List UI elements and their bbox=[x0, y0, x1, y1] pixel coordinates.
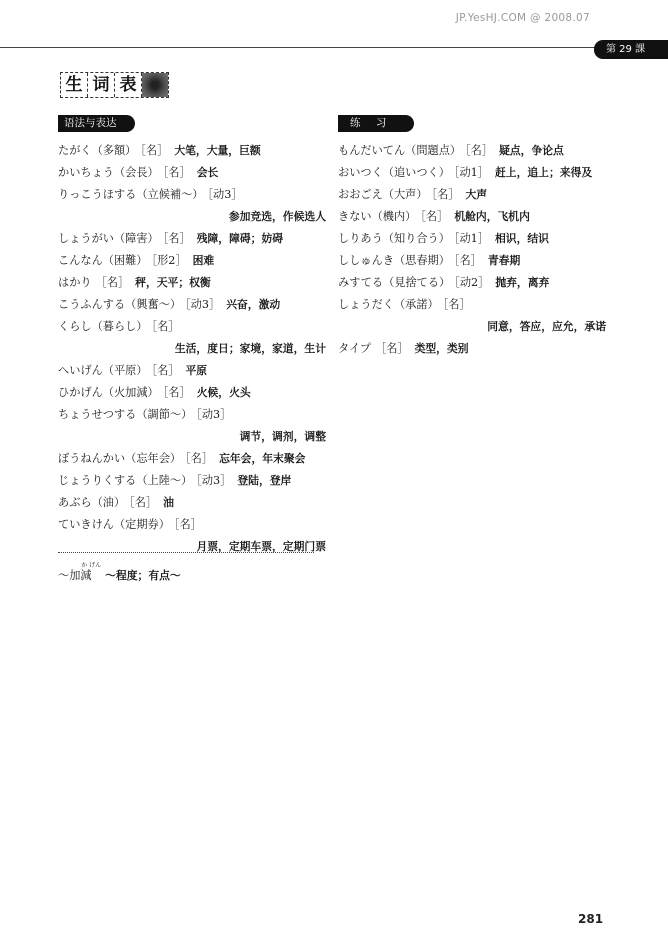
vocab-kanji: （大声） bbox=[383, 188, 428, 201]
vocab-part-of-speech: ［名］ bbox=[185, 452, 213, 465]
vocab-part-of-speech: ［名］ bbox=[96, 276, 130, 289]
vocab-kana: たがく bbox=[58, 144, 92, 157]
note-term-text: 加減 bbox=[69, 569, 91, 582]
vocab-kana: ちょうせつする bbox=[58, 408, 136, 421]
dotted-divider bbox=[58, 552, 314, 553]
vocab-entry: おいつく（追いつく）［动1］赶上，追上；来得及 bbox=[338, 162, 606, 184]
vocab-kana: こんなん bbox=[58, 254, 103, 267]
vocab-part-of-speech: ［名］ bbox=[432, 188, 460, 201]
note-term: 加減か げん bbox=[69, 569, 91, 582]
vocab-kanji: （障害） bbox=[114, 232, 159, 245]
vocab-entry: かいちょう（会長）［名］会长 bbox=[58, 162, 326, 184]
left-vocab-list: たがく（多額）［名］大笔，大量，巨额かいちょう（会長）［名］会长りっこうほする（… bbox=[58, 140, 326, 558]
vocab-entry: じょうりくする（上陸～）［动3］登陆，登岸 bbox=[58, 470, 326, 492]
vocab-kana: へいげん bbox=[58, 364, 103, 377]
vocab-kana: はかり bbox=[58, 276, 92, 289]
vocab-entry: へいげん（平原）［名］平原 bbox=[58, 360, 326, 382]
vocab-kanji: （定期券） bbox=[114, 518, 170, 531]
vocab-entry: くらし（暮らし）［名］ bbox=[58, 316, 326, 338]
vocab-entry: あぶら（油）［名］油 bbox=[58, 492, 326, 514]
vocab-part-of-speech: ［名］ bbox=[129, 496, 157, 509]
vocab-meaning-continued: 月票，定期车票，定期门票 bbox=[58, 536, 326, 558]
vocab-kanji: （思春期） bbox=[394, 254, 450, 267]
watermark: JP.YesHJ.COM @ 2008.07 bbox=[456, 12, 590, 24]
vocab-entry: こんなん（困難）［形2］困难 bbox=[58, 250, 326, 272]
vocab-part-of-speech: ［动1］ bbox=[454, 232, 489, 245]
vocab-entry: おおごえ（大声）［名］大声 bbox=[338, 184, 606, 206]
vocab-kanji: （忘年会） bbox=[125, 452, 181, 465]
vocab-entry: きない（機内）［名］机舱内，飞机内 bbox=[338, 206, 606, 228]
vocab-kana: じょうりくする bbox=[58, 474, 136, 487]
vocab-kana: おいつく bbox=[338, 166, 383, 179]
vocab-entry: タイプ［名］类型，类别 bbox=[338, 338, 606, 360]
vocab-entry: ていきけん（定期券）［名］ bbox=[58, 514, 326, 536]
vocab-kana: タイプ bbox=[338, 342, 371, 355]
title-char: 生 bbox=[61, 73, 88, 97]
vocab-meaning: 大声 bbox=[466, 188, 488, 201]
vocab-entry: しりあう（知り合う）［动1］相识，结识 bbox=[338, 228, 606, 250]
vocab-kanji: （知り合う） bbox=[383, 232, 450, 245]
vocab-kanji: （興奮～） bbox=[125, 298, 181, 311]
vocab-meaning: 赶上，追上；来得及 bbox=[495, 166, 592, 179]
vocab-part-of-speech: ［名］ bbox=[465, 144, 493, 157]
vocab-meaning: 机舱内，飞机内 bbox=[454, 210, 530, 223]
note-reading: か げん bbox=[81, 560, 101, 569]
vocab-kana: こうふんする bbox=[58, 298, 125, 311]
vocab-meaning: 类型，类别 bbox=[415, 342, 469, 355]
title-char: 词 bbox=[88, 73, 115, 97]
vocab-kana: りっこうほする bbox=[58, 188, 136, 201]
vocab-entry: こうふんする（興奮～）［动3］兴奋，激动 bbox=[58, 294, 326, 316]
vocab-meaning-continued: 同意，答应，应允，承诺 bbox=[338, 316, 606, 338]
vocab-entry: ちょうせつする（調節～）［动3］ bbox=[58, 404, 326, 426]
vocab-meaning: 登陆，登岸 bbox=[237, 474, 291, 487]
vocab-kana: しょうがい bbox=[58, 232, 114, 245]
vocab-kana: ぼうねんかい bbox=[58, 452, 125, 465]
vocab-kanji: （油） bbox=[92, 496, 126, 509]
vocab-meaning: 困难 bbox=[193, 254, 215, 267]
vocab-meaning-continued: 生活，度日；家境，家道，生计 bbox=[58, 338, 326, 360]
vocab-part-of-speech: ［动3］ bbox=[207, 188, 242, 201]
vocab-kanji: （会長） bbox=[114, 166, 159, 179]
vocab-kana: ひかげん bbox=[58, 386, 103, 399]
vocab-entry: もんだいてん（問題点）［名］疑点，争论点 bbox=[338, 140, 606, 162]
vocab-entry: しょうだく（承諾）［名］ bbox=[338, 294, 606, 316]
section-label-grammar: 语法与表达 bbox=[58, 115, 135, 132]
vocab-kanji: （困難） bbox=[103, 254, 148, 267]
title-decoration-icon bbox=[142, 73, 168, 97]
vocab-kana: おおごえ bbox=[338, 188, 383, 201]
right-vocab-list: もんだいてん（問題点）［名］疑点，争论点おいつく（追いつく）［动1］赶上，追上；… bbox=[338, 140, 606, 360]
vocab-part-of-speech: ［名］ bbox=[420, 210, 448, 223]
vocab-kanji: （多額） bbox=[92, 144, 137, 157]
vocab-part-of-speech: ［名］ bbox=[163, 232, 191, 245]
vocab-meaning: 秤，天平；权衡 bbox=[135, 276, 211, 289]
vocab-part-of-speech: ［动3］ bbox=[196, 408, 231, 421]
vocab-part-of-speech: ［名］ bbox=[140, 144, 168, 157]
vocab-kanji: （追いつく） bbox=[383, 166, 450, 179]
vocab-entry: たがく（多額）［名］大笔，大量，巨额 bbox=[58, 140, 326, 162]
vocab-part-of-speech: ［名］ bbox=[443, 298, 471, 311]
vocab-part-of-speech: ［名］ bbox=[152, 320, 180, 333]
vocab-part-of-speech: ［动1］ bbox=[454, 166, 489, 179]
vocab-entry: りっこうほする（立候補～）［动3］ bbox=[58, 184, 326, 206]
vocab-kanji: （火加減） bbox=[103, 386, 159, 399]
vocab-meaning-continued: 调节，调剂，调整 bbox=[58, 426, 326, 448]
vocab-kana: もんだいてん bbox=[338, 144, 405, 157]
vocab-meaning-continued: 参加竞选，作候选人 bbox=[58, 206, 326, 228]
vocab-title: 生 词 表 bbox=[60, 72, 169, 98]
note-prefix: ～ bbox=[58, 569, 69, 582]
vocab-kanji: （見捨てる） bbox=[383, 276, 450, 289]
vocab-meaning: 相识，结识 bbox=[495, 232, 549, 245]
vocab-kana: あぶら bbox=[58, 496, 92, 509]
header-rule bbox=[0, 47, 600, 48]
vocab-kana: ていきけん bbox=[58, 518, 114, 531]
vocab-kana: くらし bbox=[58, 320, 92, 333]
vocab-entry: はかり［名］秤，天平；权衡 bbox=[58, 272, 326, 294]
section-label-exercise: 练 习 bbox=[338, 115, 414, 132]
vocab-meaning: 平原 bbox=[186, 364, 208, 377]
vocab-kanji: （調節～） bbox=[136, 408, 192, 421]
vocab-meaning: 会长 bbox=[197, 166, 219, 179]
lesson-tab: 第 29 課 bbox=[594, 40, 668, 59]
vocab-kana: ししゅんき bbox=[338, 254, 394, 267]
vocab-entry: ししゅんき（思春期）［名］青春期 bbox=[338, 250, 606, 272]
vocab-kana: しりあう bbox=[338, 232, 383, 245]
vocab-kanji: （平原） bbox=[103, 364, 148, 377]
vocab-entry: ぼうねんかい（忘年会）［名］忘年会，年末聚会 bbox=[58, 448, 326, 470]
vocab-part-of-speech: ［名］ bbox=[163, 166, 191, 179]
vocab-meaning: 残障，障碍；妨碍 bbox=[197, 232, 283, 245]
title-char: 表 bbox=[115, 73, 142, 97]
vocab-meaning: 火候，火头 bbox=[197, 386, 251, 399]
vocab-kana: しょうだく bbox=[338, 298, 394, 311]
vocab-part-of-speech: ［名］ bbox=[174, 518, 202, 531]
page-number: 281 bbox=[578, 912, 603, 926]
vocab-meaning: 忘年会，年末聚会 bbox=[219, 452, 305, 465]
vocab-part-of-speech: ［动3］ bbox=[185, 298, 220, 311]
vocab-part-of-speech: ［名］ bbox=[375, 342, 409, 355]
vocab-entry: しょうがい（障害）［名］残障，障碍；妨碍 bbox=[58, 228, 326, 250]
vocab-kana: きない bbox=[338, 210, 372, 223]
vocab-kanji: （問題点） bbox=[405, 144, 461, 157]
vocab-meaning: 疑点，争论点 bbox=[499, 144, 564, 157]
vocab-part-of-speech: ［名］ bbox=[454, 254, 482, 267]
vocab-meaning: 油 bbox=[163, 496, 174, 509]
vocab-part-of-speech: ［动2］ bbox=[454, 276, 489, 289]
vocab-meaning: 抛弃，离弃 bbox=[495, 276, 549, 289]
vocab-meaning: 兴奋，激动 bbox=[226, 298, 280, 311]
vocab-kana: かいちょう bbox=[58, 166, 114, 179]
vocab-part-of-speech: ［形2］ bbox=[152, 254, 187, 267]
vocab-kanji: （機内） bbox=[372, 210, 417, 223]
vocab-part-of-speech: ［名］ bbox=[163, 386, 191, 399]
vocab-kanji: （暮らし） bbox=[92, 320, 148, 333]
vocab-meaning: 青春期 bbox=[488, 254, 520, 267]
vocab-entry: ひかげん（火加減）［名］火候，火头 bbox=[58, 382, 326, 404]
grammar-note: ～加減か げん ～程度；有点～ bbox=[58, 567, 181, 583]
note-gloss: ～程度；有点～ bbox=[105, 569, 181, 582]
vocab-kana: みすてる bbox=[338, 276, 383, 289]
vocab-kanji: （立候補～） bbox=[136, 188, 203, 201]
vocab-part-of-speech: ［动3］ bbox=[196, 474, 231, 487]
vocab-meaning: 大笔，大量，巨额 bbox=[174, 144, 260, 157]
vocab-kanji: （上陸～） bbox=[136, 474, 192, 487]
vocab-entry: みすてる（見捨てる）［动2］抛弃，离弃 bbox=[338, 272, 606, 294]
vocab-part-of-speech: ［名］ bbox=[152, 364, 180, 377]
vocab-kanji: （承諾） bbox=[394, 298, 439, 311]
